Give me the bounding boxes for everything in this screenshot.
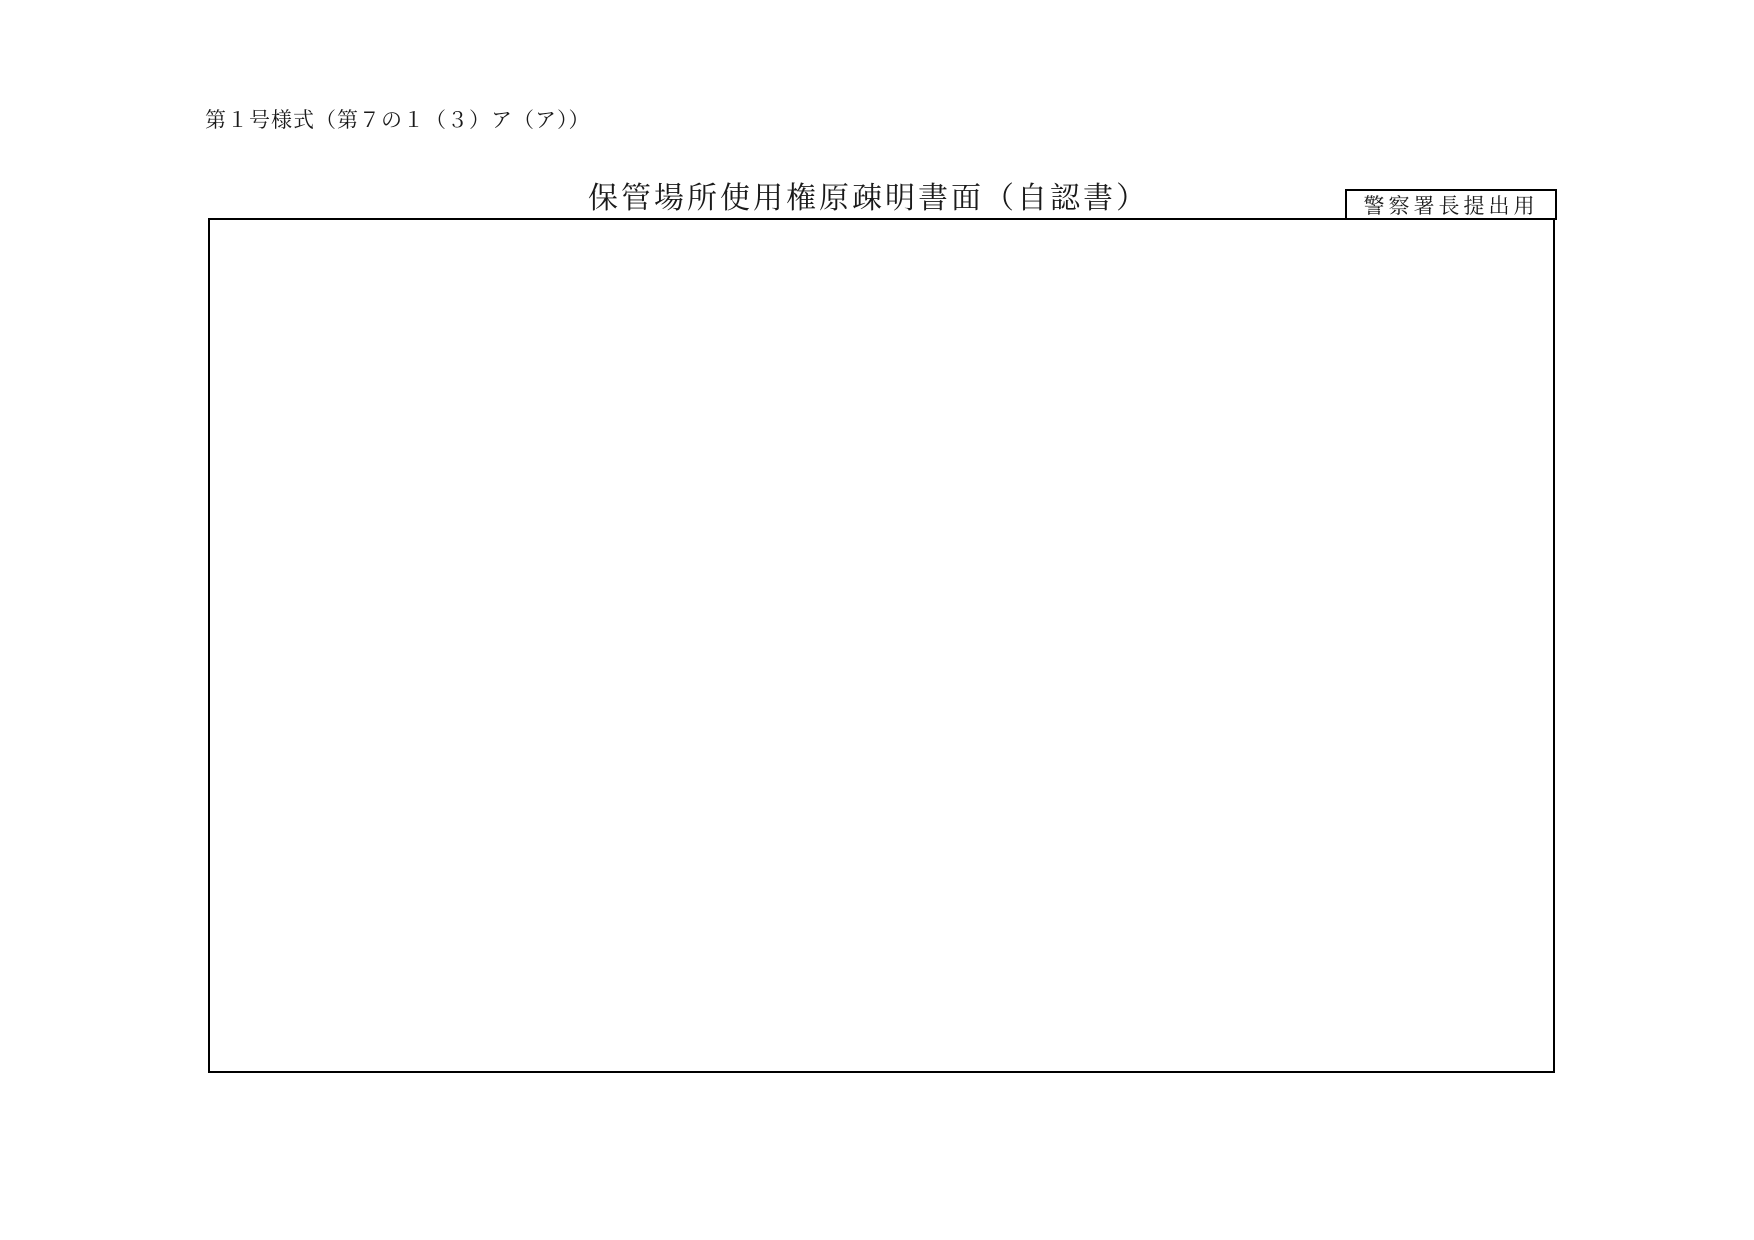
form-page: 第１号様式（第７の１（３）ア（ア）） 保管場所使用権原疎明書面（自認書） 警察署… bbox=[0, 0, 1754, 1240]
form-number: 第１号様式（第７の１（３）ア（ア）） bbox=[205, 108, 591, 133]
submission-destination-label: 警察署長提出用 bbox=[1364, 190, 1539, 220]
page-title: 保管場所使用権原疎明書面（自認書） bbox=[588, 182, 1149, 215]
form-body-border bbox=[208, 218, 1555, 1073]
submission-destination-box: 警察署長提出用 bbox=[1345, 189, 1557, 220]
